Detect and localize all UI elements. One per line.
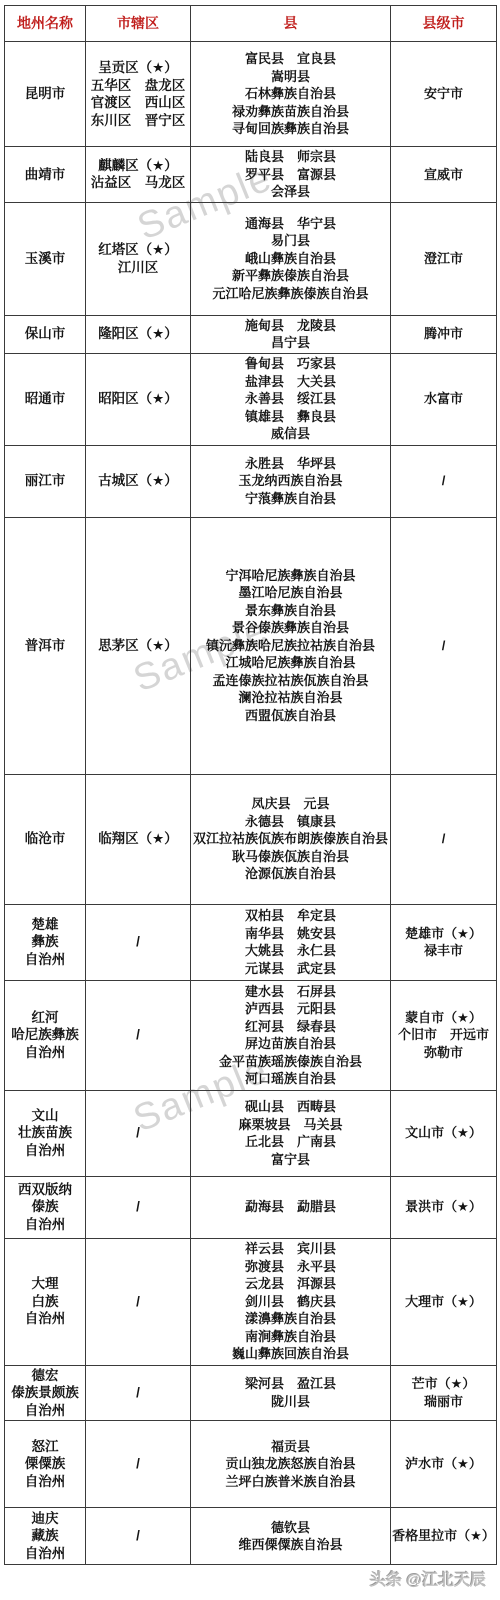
cities-cell: 文山市（★） [391, 1090, 497, 1176]
districts-cell: / [86, 1421, 191, 1508]
table-row: 西双版纳 傣族 自治州 / 勐海县 勐腊县 景洪市（★） [5, 1176, 497, 1238]
districts-cell: / [86, 1238, 191, 1365]
districts-cell: / [86, 1365, 191, 1421]
table-row: 红河 哈尼族彝族 自治州 / 建水县 石屏县 泸西县 元阳县 红河县 绿春县 屏… [5, 980, 497, 1090]
cities-cell: 楚雄市（★） 禄丰市 [391, 904, 497, 980]
districts-cell: 呈贡区（★） 五华区 盘龙区 官渡区 西山区 东川区 晋宁区 [86, 42, 191, 147]
prefecture-cell: 昭通市 [5, 353, 86, 445]
cities-cell: 香格里拉市（★） [391, 1508, 497, 1565]
header-districts: 市辖区 [86, 6, 191, 42]
counties-cell: 砚山县 西畴县 麻栗坡县 马关县 丘北县 广南县 富宁县 [191, 1090, 391, 1176]
counties-cell: 德钦县 维西傈僳族自治县 [191, 1508, 391, 1565]
cities-cell: 泸水市（★） [391, 1421, 497, 1508]
districts-cell: / [86, 1090, 191, 1176]
table-row: 德宏 傣族景颇族 自治州 / 梁河县 盈江县 陇川县 芒市（★） 瑞丽市 [5, 1365, 497, 1421]
districts-cell: / [86, 904, 191, 980]
cities-cell: 景洪市（★） [391, 1176, 497, 1238]
counties-cell: 勐海县 勐腊县 [191, 1176, 391, 1238]
credit-watermark: 头条 @江北天辰 [370, 1567, 486, 1590]
table-row: 普洱市 思茅区（★） 宁洱哈尼族彝族自治县 墨江哈尼族自治县 景东彝族自治县 景… [5, 517, 497, 774]
counties-cell: 福贡县 贡山独龙族怒族自治县 兰坪白族普米族自治县 [191, 1421, 391, 1508]
districts-cell: / [86, 1176, 191, 1238]
counties-cell: 宁洱哈尼族彝族自治县 墨江哈尼族自治县 景东彝族自治县 景谷傣族彝族自治县 镇沅… [191, 517, 391, 774]
prefecture-cell: 临沧市 [5, 774, 86, 904]
admin-divisions-table: 地州名称 市辖区 县 县级市 昆明市 呈贡区（★） 五华区 盘龙区 官渡区 西山… [4, 5, 497, 1565]
districts-cell: 临翔区（★） [86, 774, 191, 904]
counties-cell: 凤庆县 元县 永德县 镇康县 双江拉祜族佤族布朗族傣族自治县 耿马傣族佤族自治县… [191, 774, 391, 904]
counties-cell: 通海县 华宁县 易门县 峨山彝族自治县 新平彝族傣族自治县 元江哈尼族彝族傣族自… [191, 202, 391, 315]
cities-cell: 安宁市 [391, 42, 497, 147]
counties-cell: 永胜县 华坪县 玉龙纳西族自治县 宁蒗彝族自治县 [191, 445, 391, 517]
districts-cell: 红塔区（★） 江川区 [86, 202, 191, 315]
cities-cell: 大理市（★） [391, 1238, 497, 1365]
districts-cell: / [86, 1508, 191, 1565]
districts-cell: 古城区（★） [86, 445, 191, 517]
header-counties: 县 [191, 6, 391, 42]
cities-cell: / [391, 774, 497, 904]
table-row: 曲靖市 麒麟区（★） 沾益区 马龙区 陆良县 师宗县 罗平县 富源县 会泽县 宣… [5, 147, 497, 203]
districts-cell: / [86, 980, 191, 1090]
page: Sample Sample Sample 地州名称 市辖区 县 县级市 昆明市 … [0, 0, 500, 1600]
table-row: 怒江 傈僳族 自治州 / 福贡县 贡山独龙族怒族自治县 兰坪白族普米族自治县 泸… [5, 1421, 497, 1508]
districts-cell: 麒麟区（★） 沾益区 马龙区 [86, 147, 191, 203]
cities-cell: / [391, 517, 497, 774]
prefecture-cell: 西双版纳 傣族 自治州 [5, 1176, 86, 1238]
prefecture-cell: 迪庆 藏族 自治州 [5, 1508, 86, 1565]
table-row: 迪庆 藏族 自治州 / 德钦县 维西傈僳族自治县 香格里拉市（★） [5, 1508, 497, 1565]
table-row: 丽江市 古城区（★） 永胜县 华坪县 玉龙纳西族自治县 宁蒗彝族自治县 / [5, 445, 497, 517]
counties-cell: 鲁甸县 巧家县 盐津县 大关县 永善县 绥江县 镇雄县 彝良县 威信县 [191, 353, 391, 445]
header-cities: 县级市 [391, 6, 497, 42]
prefecture-cell: 德宏 傣族景颇族 自治州 [5, 1365, 86, 1421]
table-row: 保山市 隆阳区（★） 施甸县 龙陵县 昌宁县 腾冲市 [5, 315, 497, 353]
counties-cell: 建水县 石屏县 泸西县 元阳县 红河县 绿春县 屏边苗族自治县 金平苗族瑶族傣族… [191, 980, 391, 1090]
districts-cell: 昭阳区（★） [86, 353, 191, 445]
cities-cell: 宣威市 [391, 147, 497, 203]
prefecture-cell: 保山市 [5, 315, 86, 353]
prefecture-cell: 玉溪市 [5, 202, 86, 315]
districts-cell: 隆阳区（★） [86, 315, 191, 353]
counties-cell: 祥云县 宾川县 弥渡县 永平县 云龙县 洱源县 剑川县 鹤庆县 漾濞彝族自治县 … [191, 1238, 391, 1365]
table-row: 玉溪市 红塔区（★） 江川区 通海县 华宁县 易门县 峨山彝族自治县 新平彝族傣… [5, 202, 497, 315]
table-row: 楚雄 彝族 自治州 / 双柏县 牟定县 南华县 姚安县 大姚县 永仁县 元谋县 … [5, 904, 497, 980]
counties-cell: 陆良县 师宗县 罗平县 富源县 会泽县 [191, 147, 391, 203]
table-row: 昭通市 昭阳区（★） 鲁甸县 巧家县 盐津县 大关县 永善县 绥江县 镇雄县 彝… [5, 353, 497, 445]
prefecture-cell: 文山 壮族苗族 自治州 [5, 1090, 86, 1176]
cities-cell: 水富市 [391, 353, 497, 445]
prefecture-cell: 曲靖市 [5, 147, 86, 203]
prefecture-cell: 红河 哈尼族彝族 自治州 [5, 980, 86, 1090]
header-prefecture: 地州名称 [5, 6, 86, 42]
header-row: 地州名称 市辖区 县 县级市 [5, 6, 497, 42]
table-row: 临沧市 临翔区（★） 凤庆县 元县 永德县 镇康县 双江拉祜族佤族布朗族傣族自治… [5, 774, 497, 904]
table-row: 大理 白族 自治州 / 祥云县 宾川县 弥渡县 永平县 云龙县 洱源县 剑川县 … [5, 1238, 497, 1365]
prefecture-cell: 丽江市 [5, 445, 86, 517]
table-row: 昆明市 呈贡区（★） 五华区 盘龙区 官渡区 西山区 东川区 晋宁区 富民县 宜… [5, 42, 497, 147]
counties-cell: 施甸县 龙陵县 昌宁县 [191, 315, 391, 353]
prefecture-cell: 楚雄 彝族 自治州 [5, 904, 86, 980]
prefecture-cell: 昆明市 [5, 42, 86, 147]
cities-cell: 芒市（★） 瑞丽市 [391, 1365, 497, 1421]
prefecture-cell: 普洱市 [5, 517, 86, 774]
prefecture-cell: 大理 白族 自治州 [5, 1238, 86, 1365]
districts-cell: 思茅区（★） [86, 517, 191, 774]
table-row: 文山 壮族苗族 自治州 / 砚山县 西畴县 麻栗坡县 马关县 丘北县 广南县 富… [5, 1090, 497, 1176]
counties-cell: 富民县 宜良县 嵩明县 石林彝族自治县 禄劝彝族苗族自治县 寻甸回族彝族自治县 [191, 42, 391, 147]
prefecture-cell: 怒江 傈僳族 自治州 [5, 1421, 86, 1508]
cities-cell: 澄江市 [391, 202, 497, 315]
cities-cell: / [391, 445, 497, 517]
counties-cell: 梁河县 盈江县 陇川县 [191, 1365, 391, 1421]
cities-cell: 腾冲市 [391, 315, 497, 353]
cities-cell: 蒙自市（★） 个旧市 开远市 弥勒市 [391, 980, 497, 1090]
counties-cell: 双柏县 牟定县 南华县 姚安县 大姚县 永仁县 元谋县 武定县 [191, 904, 391, 980]
